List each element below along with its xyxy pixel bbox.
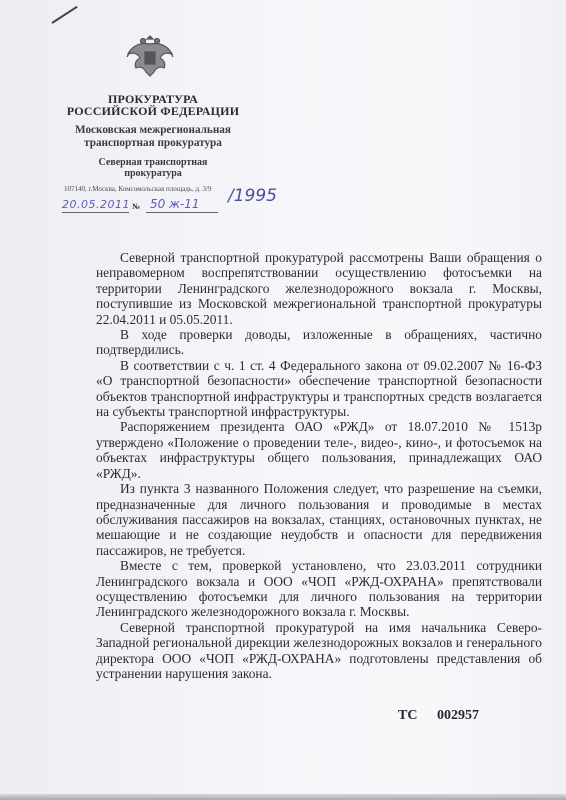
letterhead-title: ПРОКУРАТУРА РОССИЙСКОЙ ФЕДЕРАЦИИ [58, 93, 248, 117]
form-series: ТС [398, 708, 417, 724]
registration-line: 20.05.2011 № 50 ж-11 /1995 [62, 196, 302, 216]
incoming-number: /1995 [228, 186, 277, 206]
registration-date: 20.05.2011 [62, 198, 130, 211]
paragraph-3: В соответствии с ч. 1 ст. 4 Федерального… [96, 358, 542, 420]
letterhead-office: Северная транспортная прокуратура [58, 157, 248, 179]
paragraph-4: Распоряжением президента ОАО «РЖД» от 18… [96, 419, 542, 481]
office-line-2: прокуратура [58, 168, 248, 179]
title-line-2: РОССИЙСКОЙ ФЕДЕРАЦИИ [58, 105, 248, 117]
subtitle-line-1: Московская межрегиональная [58, 124, 248, 137]
date-underline [62, 212, 129, 213]
letter-body: Северной транспортной прокуратурой рассм… [96, 250, 542, 681]
office-address: 107140, г.Москва, Комсомольская площадь,… [64, 185, 211, 193]
page-edge [0, 794, 566, 800]
paragraph-5: Из пункта 3 названного Положения следует… [96, 481, 542, 558]
paragraph-7: Северной транспортной прокуратурой на им… [96, 620, 542, 682]
letterhead-subtitle: Московская межрегиональная транспортная … [58, 124, 248, 150]
paragraph-2: В ходе проверки доводы, изложенные в обр… [96, 327, 542, 358]
paragraph-1: Северной транспортной прокуратурой рассм… [96, 250, 542, 327]
russian-coat-of-arms-icon [124, 32, 176, 78]
pen-mark [51, 6, 77, 24]
subtitle-line-2: транспортная прокуратура [58, 137, 248, 150]
number-label: № [132, 202, 140, 211]
form-code: ТС 002957 [398, 708, 479, 724]
office-line-1: Северная транспортная [58, 157, 248, 168]
registration-number: 50 ж-11 [150, 197, 200, 211]
paragraph-6: Вместе с тем, проверкой установлено, что… [96, 558, 542, 620]
document-page: ПРОКУРАТУРА РОССИЙСКОЙ ФЕДЕРАЦИИ Московс… [0, 0, 566, 800]
number-underline [146, 212, 218, 213]
form-number: 002957 [437, 708, 479, 724]
